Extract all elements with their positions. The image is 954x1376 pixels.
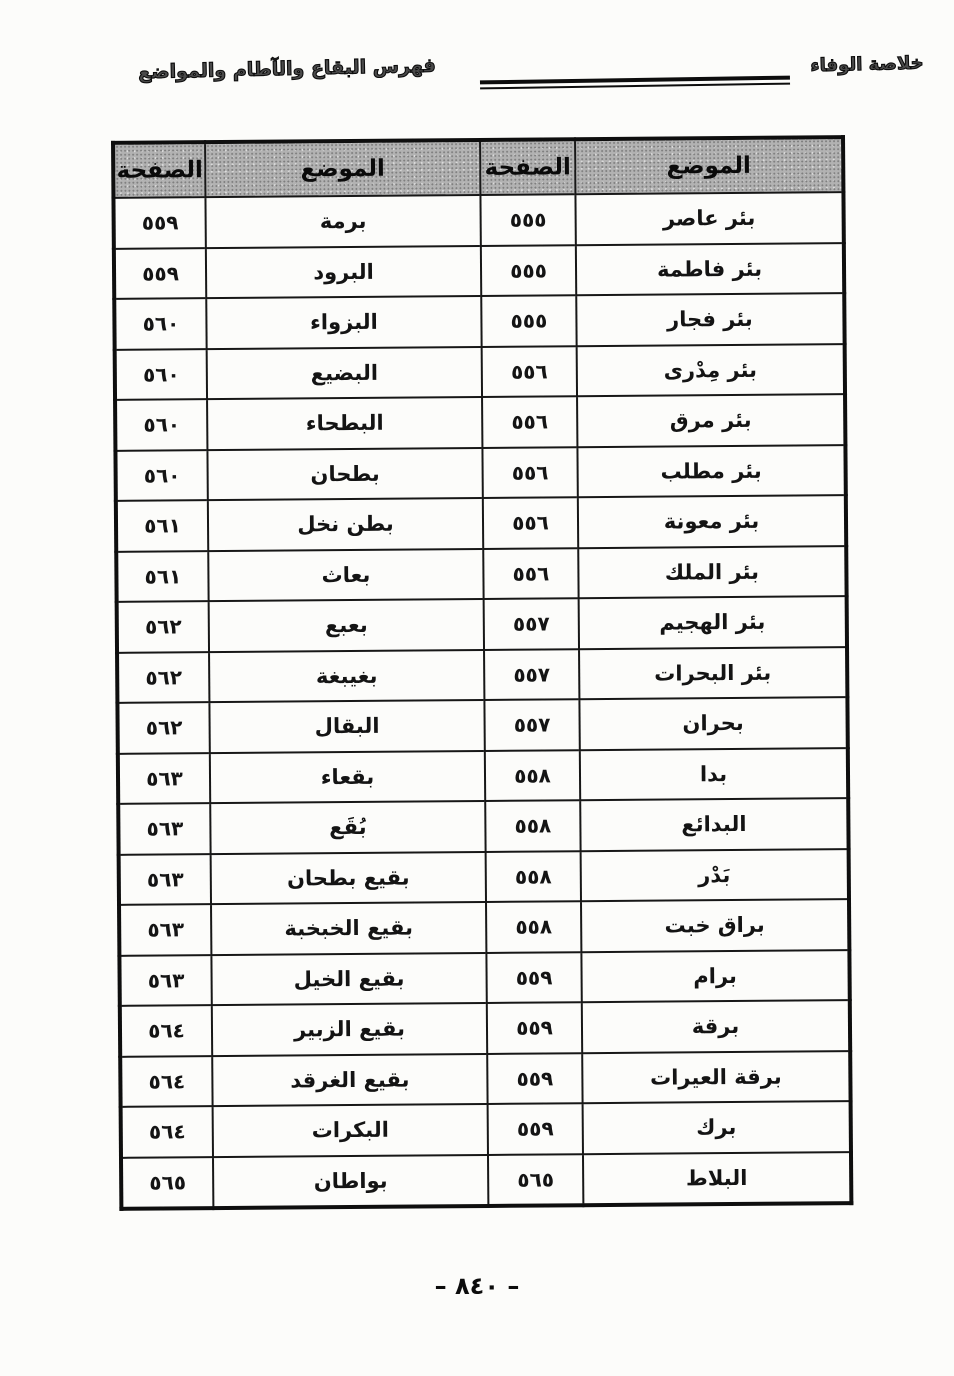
header-divider-rule <box>480 76 790 90</box>
table-row: بئر مرق٥٥٦البطحاء٥٦٠ <box>115 394 845 450</box>
page-cell-right: ٥٥٥ <box>481 245 576 296</box>
page-cell-left: ٥٦٢ <box>117 702 209 753</box>
page-cell-right: ٥٥٨ <box>485 800 580 851</box>
index-table-body: بئر عاصر٥٥٥برمة٥٥٩بئر فاطمة٥٥٥البرود٥٥٩ب… <box>113 192 851 1209</box>
page-cell-left: ٥٥٩ <box>114 248 206 299</box>
col-header-place-left: الموضع <box>205 140 480 197</box>
page-cell-left: ٥٦٢ <box>117 652 209 703</box>
place-cell-left: بقيع الخبخبة <box>211 902 486 955</box>
page-cell-right: ٥٥٦ <box>482 396 577 447</box>
page-cell-left: ٥٦٠ <box>115 399 207 450</box>
page-cell-left: ٥٦٣ <box>119 854 211 905</box>
place-cell-right: بئر مرق <box>577 394 845 447</box>
place-cell-left: بطحان <box>207 447 482 500</box>
col-header-page-right: الصفحة <box>480 139 575 195</box>
place-cell-left: البرود <box>206 245 481 298</box>
place-cell-left: برمة <box>205 195 480 248</box>
place-cell-right: براق خبت <box>581 899 849 952</box>
page-cell-left: ٥٦٠ <box>115 450 207 501</box>
place-cell-left: بواطان <box>213 1154 488 1208</box>
place-cell-right: بئر البحرات <box>579 647 847 700</box>
place-cell-right: البلاط <box>583 1152 851 1206</box>
page-cell-right: ٥٥٨ <box>486 851 581 902</box>
index-table-wrapper: الموضع الصفحة الموضع الصفحة بئر عاصر٥٥٥ب… <box>111 135 853 1211</box>
page-number: – ٨٤٠ – <box>0 1272 954 1300</box>
col-header-place-right: الموضع <box>575 137 843 194</box>
page-cell-left: ٥٦١ <box>116 551 208 602</box>
page-cell-left: ٥٦٣ <box>119 955 211 1006</box>
places-index-table: الموضع الصفحة الموضع الصفحة بئر عاصر٥٥٥ب… <box>111 135 853 1211</box>
page-cell-right: ٥٥٧ <box>484 598 579 649</box>
scanned-book-page: فهرس البقاع والآطام والمواضع خلاصة الوفا… <box>0 0 954 1376</box>
page-cell-right: ٥٥٦ <box>482 447 577 498</box>
table-row: بَدْر٥٥٨بقيع بطحان٥٦٣ <box>119 849 849 905</box>
table-row: بئر معونة٥٥٦بطن نخل٥٦١ <box>116 495 846 551</box>
table-row: بئر فاطمة٥٥٥البرود٥٥٩ <box>114 243 844 299</box>
table-row: بئر البحرات٥٥٧بغيبغة٥٦٢ <box>117 647 847 703</box>
place-cell-right: بدا <box>580 748 848 801</box>
page-cell-right: ٥٥٦ <box>483 497 578 548</box>
page-cell-right: ٥٥٩ <box>487 1002 582 1053</box>
table-row: برام٥٥٩بقيع الخيل٥٦٣ <box>119 950 849 1006</box>
place-cell-right: برقة العيرات <box>582 1051 850 1104</box>
table-row: البلاط٥٦٥بواطان٥٦٥ <box>121 1152 851 1209</box>
place-cell-left: بقيع بطحان <box>211 851 486 904</box>
place-cell-right: بئر مطلب <box>577 445 845 498</box>
place-cell-left: البزواء <box>206 296 481 349</box>
place-cell-right: بئر الملك <box>578 546 846 599</box>
page-cell-right: ٥٥٧ <box>484 699 579 750</box>
place-cell-left: بقعاء <box>210 750 485 803</box>
page-cell-right: ٥٥٧ <box>484 649 579 700</box>
table-row: بئر عاصر٥٥٥برمة٥٥٩ <box>113 192 843 248</box>
place-cell-left: البطحاء <box>207 397 482 450</box>
page-cell-right: ٥٥٦ <box>483 548 578 599</box>
table-row: بحران٥٥٧البقال٥٦٢ <box>117 697 847 753</box>
place-cell-right: بئر عاصر <box>575 192 843 245</box>
place-cell-right: برك <box>583 1101 851 1154</box>
place-cell-left: بقيع الزبير <box>212 1003 487 1056</box>
place-cell-right: برام <box>581 950 849 1003</box>
table-row: براق خبت٥٥٨بقيع الخبخبة٥٦٣ <box>119 899 849 955</box>
place-cell-left: بقيع الغرقد <box>212 1053 487 1106</box>
col-header-page-left: الصفحة <box>113 142 205 198</box>
place-cell-left: بطن نخل <box>208 498 483 551</box>
page-cell-left: ٥٦٠ <box>115 349 207 400</box>
place-cell-left: بعاث <box>208 548 483 601</box>
page-cell-left: ٥٦٣ <box>119 904 211 955</box>
place-cell-right: بئر فجار <box>576 293 844 346</box>
place-cell-right: بئر الهجيم <box>579 596 847 649</box>
place-cell-left: بعبع <box>209 599 484 652</box>
table-row: بدا٥٥٨بقعاء٥٦٣ <box>118 748 848 804</box>
table-row: بئر الهجيم٥٥٧بعبع٥٦٢ <box>117 596 847 652</box>
table-row: البدائع٥٥٨بُقَع٥٦٣ <box>118 798 848 854</box>
table-row: بئر مطلب٥٥٦بطحان٥٦٠ <box>115 445 845 501</box>
place-cell-left: البقال <box>209 700 484 753</box>
place-cell-left: بغيبغة <box>209 649 484 702</box>
page-cell-right: ٥٥٦ <box>482 346 577 397</box>
page-cell-left: ٥٥٩ <box>113 197 205 248</box>
page-cell-right: ٥٥٨ <box>485 750 580 801</box>
table-row: بئر الملك٥٥٦بعاث٥٦١ <box>116 546 846 602</box>
page-cell-right: ٥٥٥ <box>480 194 575 245</box>
table-row: برك٥٥٩البكرات٥٦٤ <box>121 1101 851 1157</box>
page-cell-left: ٥٦٥ <box>121 1157 213 1209</box>
page-cell-left: ٥٦٠ <box>114 298 206 349</box>
page-cell-right: ٥٥٩ <box>486 952 581 1003</box>
place-cell-left: بُقَع <box>210 801 485 854</box>
place-cell-left: بقيع الخيل <box>211 952 486 1005</box>
page-cell-left: ٥٦١ <box>116 500 208 551</box>
place-cell-right: بَدْر <box>581 849 849 902</box>
place-cell-right: برقة <box>582 1000 850 1053</box>
section-title: فهرس البقاع والآطام والمواضع <box>102 54 472 84</box>
page-cell-right: ٥٥٩ <box>488 1103 583 1154</box>
table-row: بئر مِدْرى٥٥٦البضيع٥٦٠ <box>115 344 845 400</box>
page-cell-left: ٥٦٣ <box>118 753 210 804</box>
book-title: خلاصة الوفاء <box>796 52 938 76</box>
place-cell-right: بئر فاطمة <box>576 243 844 296</box>
place-cell-right: بئر معونة <box>578 495 846 548</box>
page-cell-left: ٥٦٣ <box>118 803 210 854</box>
place-cell-left: البكرات <box>213 1104 488 1157</box>
place-cell-right: البدائع <box>580 798 848 851</box>
place-cell-left: البضيع <box>207 346 482 399</box>
header-row: الموضع الصفحة الموضع الصفحة <box>113 137 843 198</box>
page-cell-right: ٥٥٥ <box>481 295 576 346</box>
page-cell-left: ٥٦٢ <box>117 601 209 652</box>
page-cell-right: ٥٥٨ <box>486 901 581 952</box>
page-cell-left: ٥٦٤ <box>121 1106 213 1157</box>
page-cell-right: ٥٥٩ <box>487 1053 582 1104</box>
page-cell-right: ٥٦٥ <box>488 1154 583 1206</box>
table-row: بئر فجار٥٥٥البزواء٥٦٠ <box>114 293 844 349</box>
place-cell-right: بئر مِدْرى <box>577 344 845 397</box>
table-row: برقة العيرات٥٥٩بقيع الغرقد٥٦٤ <box>120 1051 850 1107</box>
index-table-header: الموضع الصفحة الموضع الصفحة <box>113 137 843 198</box>
table-row: برقة٥٥٩بقيع الزبير٥٦٤ <box>120 1000 850 1056</box>
page-cell-left: ٥٦٤ <box>120 1005 212 1056</box>
place-cell-right: بحران <box>579 697 847 750</box>
page-cell-left: ٥٦٤ <box>120 1056 212 1107</box>
